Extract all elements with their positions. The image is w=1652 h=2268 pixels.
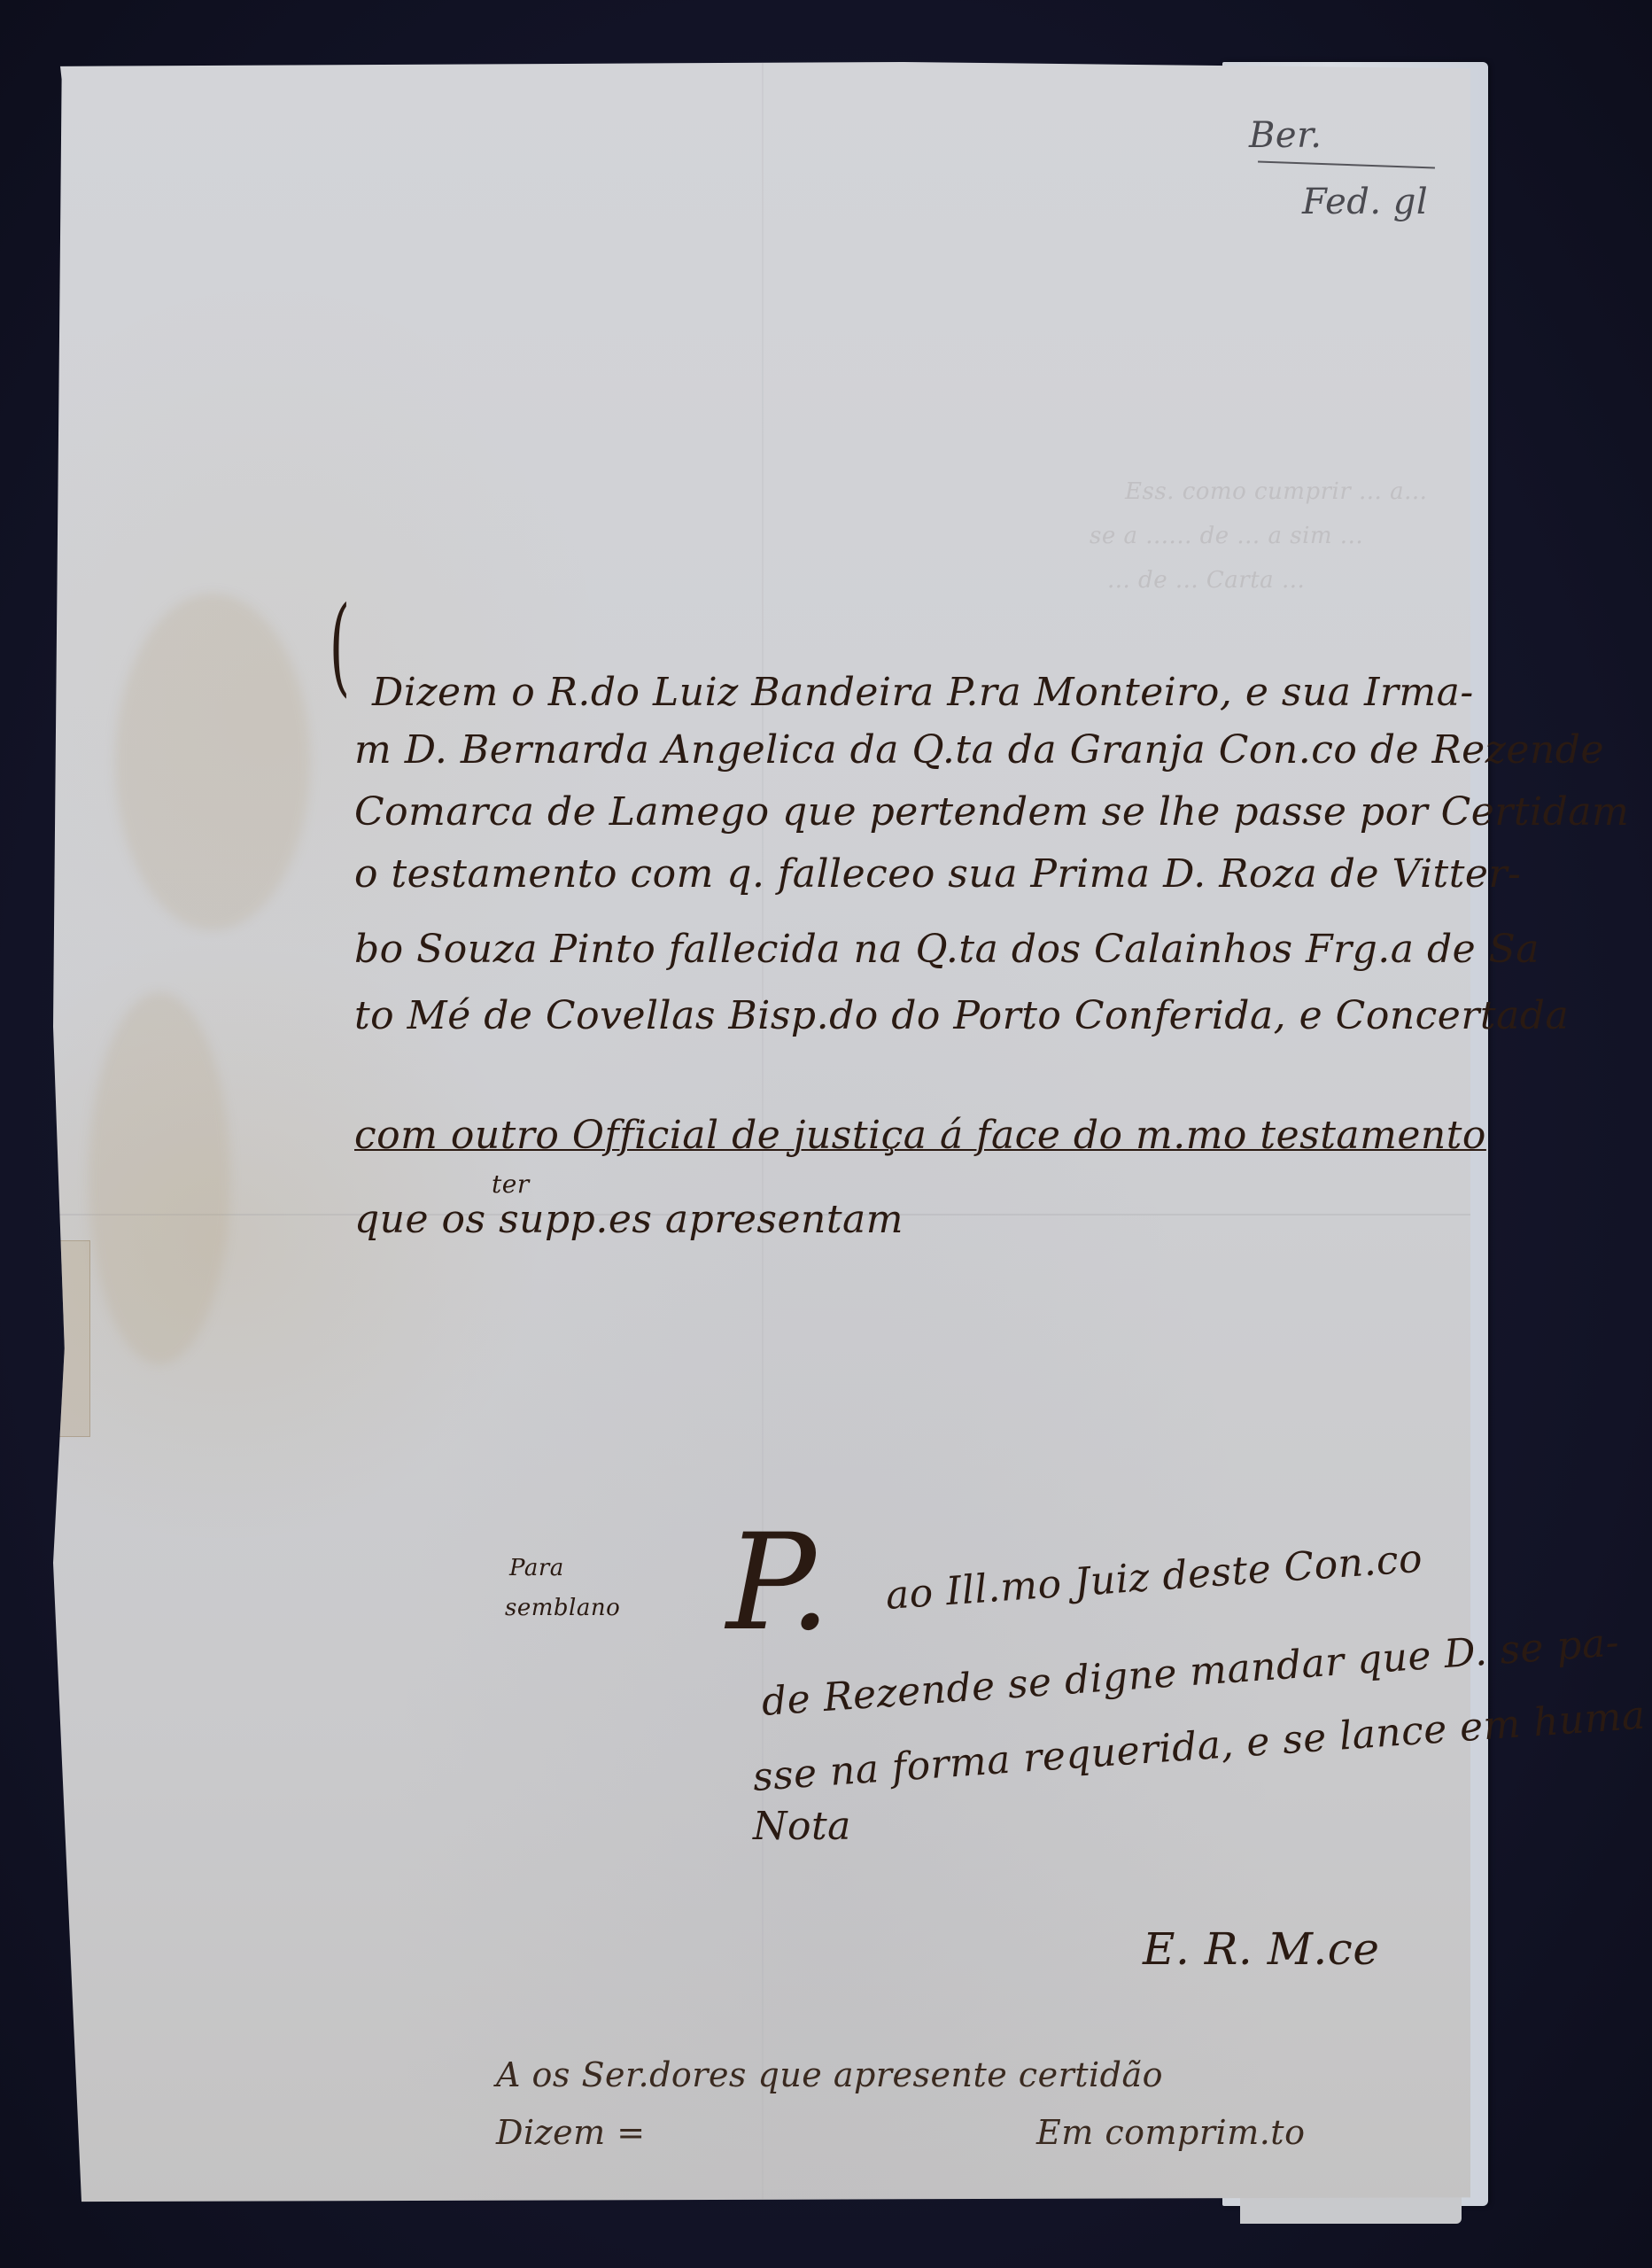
request-initial: P. — [726, 1506, 831, 1660]
margin-note-line2: semblano — [505, 1595, 620, 1621]
opening-bracket: ( — [330, 585, 350, 708]
petition-line-3: Comarca de Lamego que pertendem se lhe p… — [354, 793, 1629, 832]
bleed-through-line: se a ...... de ... a sim ... — [1090, 523, 1363, 549]
margin-note-line1: Para — [509, 1555, 564, 1581]
corner-note-line1: Ber. — [1249, 115, 1322, 156]
water-stain — [89, 992, 230, 1364]
bleed-through-line: Ess. como cumprir ... a... — [1125, 478, 1427, 505]
petition-line-8: que os supp.es apresentam — [354, 1200, 904, 1239]
request-line-4: Nota — [753, 1807, 851, 1846]
insertion-mark: ter — [492, 1169, 530, 1199]
corner-note-line2: Fed. gl — [1302, 182, 1428, 222]
dispatch-line-2-left: Dizem = — [496, 2113, 646, 2152]
petition-line-4: o testamento com q. falleceo sua Prima D… — [354, 855, 1521, 894]
closing-abbreviation: E. R. M.ce — [1143, 1927, 1379, 1971]
dispatch-line-1: A os Ser.dores que apresente certidão — [496, 2055, 1163, 2094]
petition-line-5: bo Souza Pinto fallecida na Q.ta dos Cal… — [354, 930, 1540, 969]
bleed-through-line: ... de ... Carta ... — [1107, 567, 1305, 594]
petition-line-1: Dizem o R.do Luiz Bandeira P.ra Monteiro… — [372, 673, 1474, 712]
petition-line-2: m D. Bernarda Angelica da Q.ta da Granja… — [354, 731, 1604, 770]
water-stain — [115, 594, 310, 930]
petition-line-7: com outro Official de justiça á face do … — [354, 1116, 1486, 1155]
petition-line-6: to Mé de Covellas Bisp.do do Porto Confe… — [354, 997, 1569, 1036]
dispatch-line-2-right: Em comprim.to — [1036, 2113, 1305, 2152]
